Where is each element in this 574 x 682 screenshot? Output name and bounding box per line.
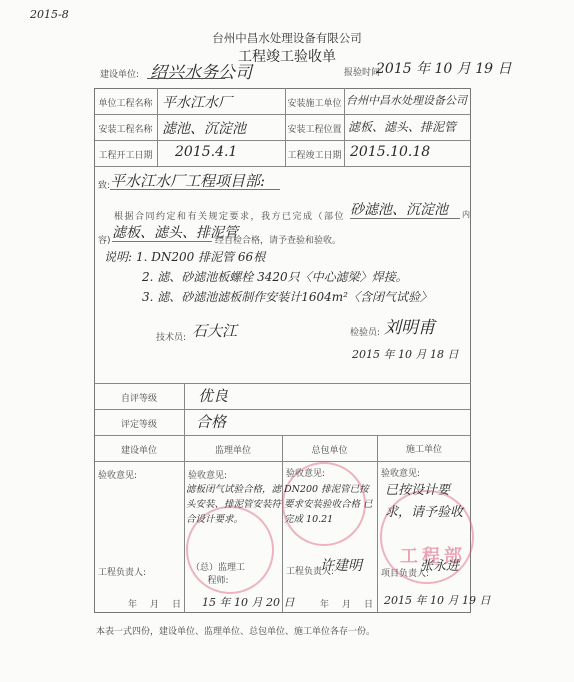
row-divider: [94, 114, 471, 115]
note-item: 1. DN200 排泥管 66根: [136, 248, 265, 265]
unit-header-general-contractor: 总包单位: [282, 443, 377, 456]
content-underline: [112, 241, 212, 242]
row-divider: [94, 166, 471, 167]
notice-body-prefix: 根据合同约定和有关规定要求，我方已完成（部位: [114, 209, 345, 222]
owner-signer-label: 工程负责人:: [98, 565, 146, 578]
row-divider: [94, 409, 471, 410]
footer-note: 本表一式四份，建设单位、监理单位、总包单位、施工单位各存一份。: [96, 624, 375, 637]
inspection-date: 2015 年 10 月 18 日: [352, 346, 458, 362]
supervisor-signer-label: （总）监理工程师:: [188, 562, 248, 588]
notice-body-suffix: 经自检合格，请予查验和验收。: [215, 233, 341, 246]
contractor-opinion: DN200 排泥管已按要求安装验收合格 已完成 10.21: [284, 482, 376, 527]
inner-label: 内: [462, 209, 470, 220]
unit-project-name-value: 平水江水厂: [162, 92, 232, 112]
rated-grade-label: 评定等级: [94, 417, 184, 430]
completion-date-label: 工程竣工日期: [285, 148, 344, 161]
to-value: 平水江水厂工程项目部:: [110, 170, 265, 191]
builder-value: 绍兴水务公司: [150, 58, 252, 83]
unit-header-supervisor: 监理单位: [184, 443, 282, 456]
start-date-label: 工程开工日期: [94, 148, 157, 161]
content-label: 容): [98, 233, 111, 246]
completion-date-value: 2015.10.18: [350, 144, 430, 160]
install-contractor-value: 台州中昌水处理设备公司: [346, 92, 467, 108]
builder-underline: [147, 78, 225, 79]
contractor-date: 年 月 日: [320, 597, 375, 610]
unit-header-installer: 施工单位: [377, 442, 471, 455]
install-project-name-value: 滤池、沉淀池: [162, 118, 246, 138]
row-divider: [94, 383, 471, 384]
inspector-label: 检验员:: [350, 325, 380, 338]
col-divider: [344, 88, 345, 166]
install-location-value: 滤板、滤头、排泥管: [348, 118, 456, 135]
contractor-signature: 许建明: [320, 555, 362, 575]
col-divider: [157, 88, 158, 166]
technician-label: 技术员:: [156, 330, 186, 343]
col-divider: [184, 383, 185, 613]
report-time-value: 2015 年 10 月 19 日: [376, 58, 512, 78]
supervisor-opinion: 滤板闭气试验合格，滤头安装、排泥管安装符合设计要求。: [186, 482, 282, 527]
unit-project-name-label: 单位工程名称: [94, 96, 157, 109]
technician-signature: 石大江: [192, 320, 237, 341]
start-date-value: 2015.4.1: [175, 144, 237, 160]
to-label: 致:: [98, 178, 110, 191]
inspector-signature: 刘明甫: [384, 313, 435, 338]
to-underline: [110, 189, 280, 190]
installer-opinion-label: 验收意见:: [381, 466, 420, 479]
install-contractor-label: 安装施工单位: [285, 96, 344, 109]
supervisor-date: 15 年 10 月 20 日: [202, 594, 294, 610]
note-item: 2. 滤、砂滤池板螺栓 3420只〈中心滤梁〉焊接。: [142, 268, 408, 285]
row-divider: [94, 140, 471, 141]
col-divider: [282, 435, 283, 613]
rated-grade-value: 合格: [196, 411, 226, 432]
self-grade-value: 优良: [198, 385, 228, 406]
installer-date: 2015 年 10 月 19 日: [384, 592, 490, 608]
completed-part-value: 砂滤池、沉淀池: [350, 199, 448, 219]
installer-opinion: 已按设计要求，请予验收: [385, 480, 467, 524]
self-grade-label: 自评等级: [94, 391, 184, 404]
owner-opinion-label: 验收意见:: [98, 468, 137, 481]
unit-header-owner: 建设单位: [94, 443, 184, 456]
supervisor-opinion-label: 验收意见:: [188, 468, 227, 481]
report-time-label: 报验时间: [344, 65, 380, 78]
install-location-label: 安装工程位置: [285, 122, 344, 135]
company-name: 台州中昌水处理设备有限公司: [0, 30, 574, 46]
owner-date: 年 月 日: [128, 597, 183, 610]
note-item: 3. 滤、砂滤池滤板制作安装计1604m²〈含闭气试验〉: [142, 288, 432, 305]
notes-label: 说明:: [104, 248, 132, 265]
corner-note: 2015-8: [30, 8, 69, 21]
builder-label: 建设单位:: [100, 67, 139, 80]
contractor-opinion-label: 验收意见:: [286, 466, 325, 479]
installer-signature: 张永进: [420, 555, 459, 574]
col-divider: [377, 435, 378, 613]
part-underline: [350, 218, 460, 219]
install-project-name-label: 安装工程名称: [94, 122, 157, 135]
